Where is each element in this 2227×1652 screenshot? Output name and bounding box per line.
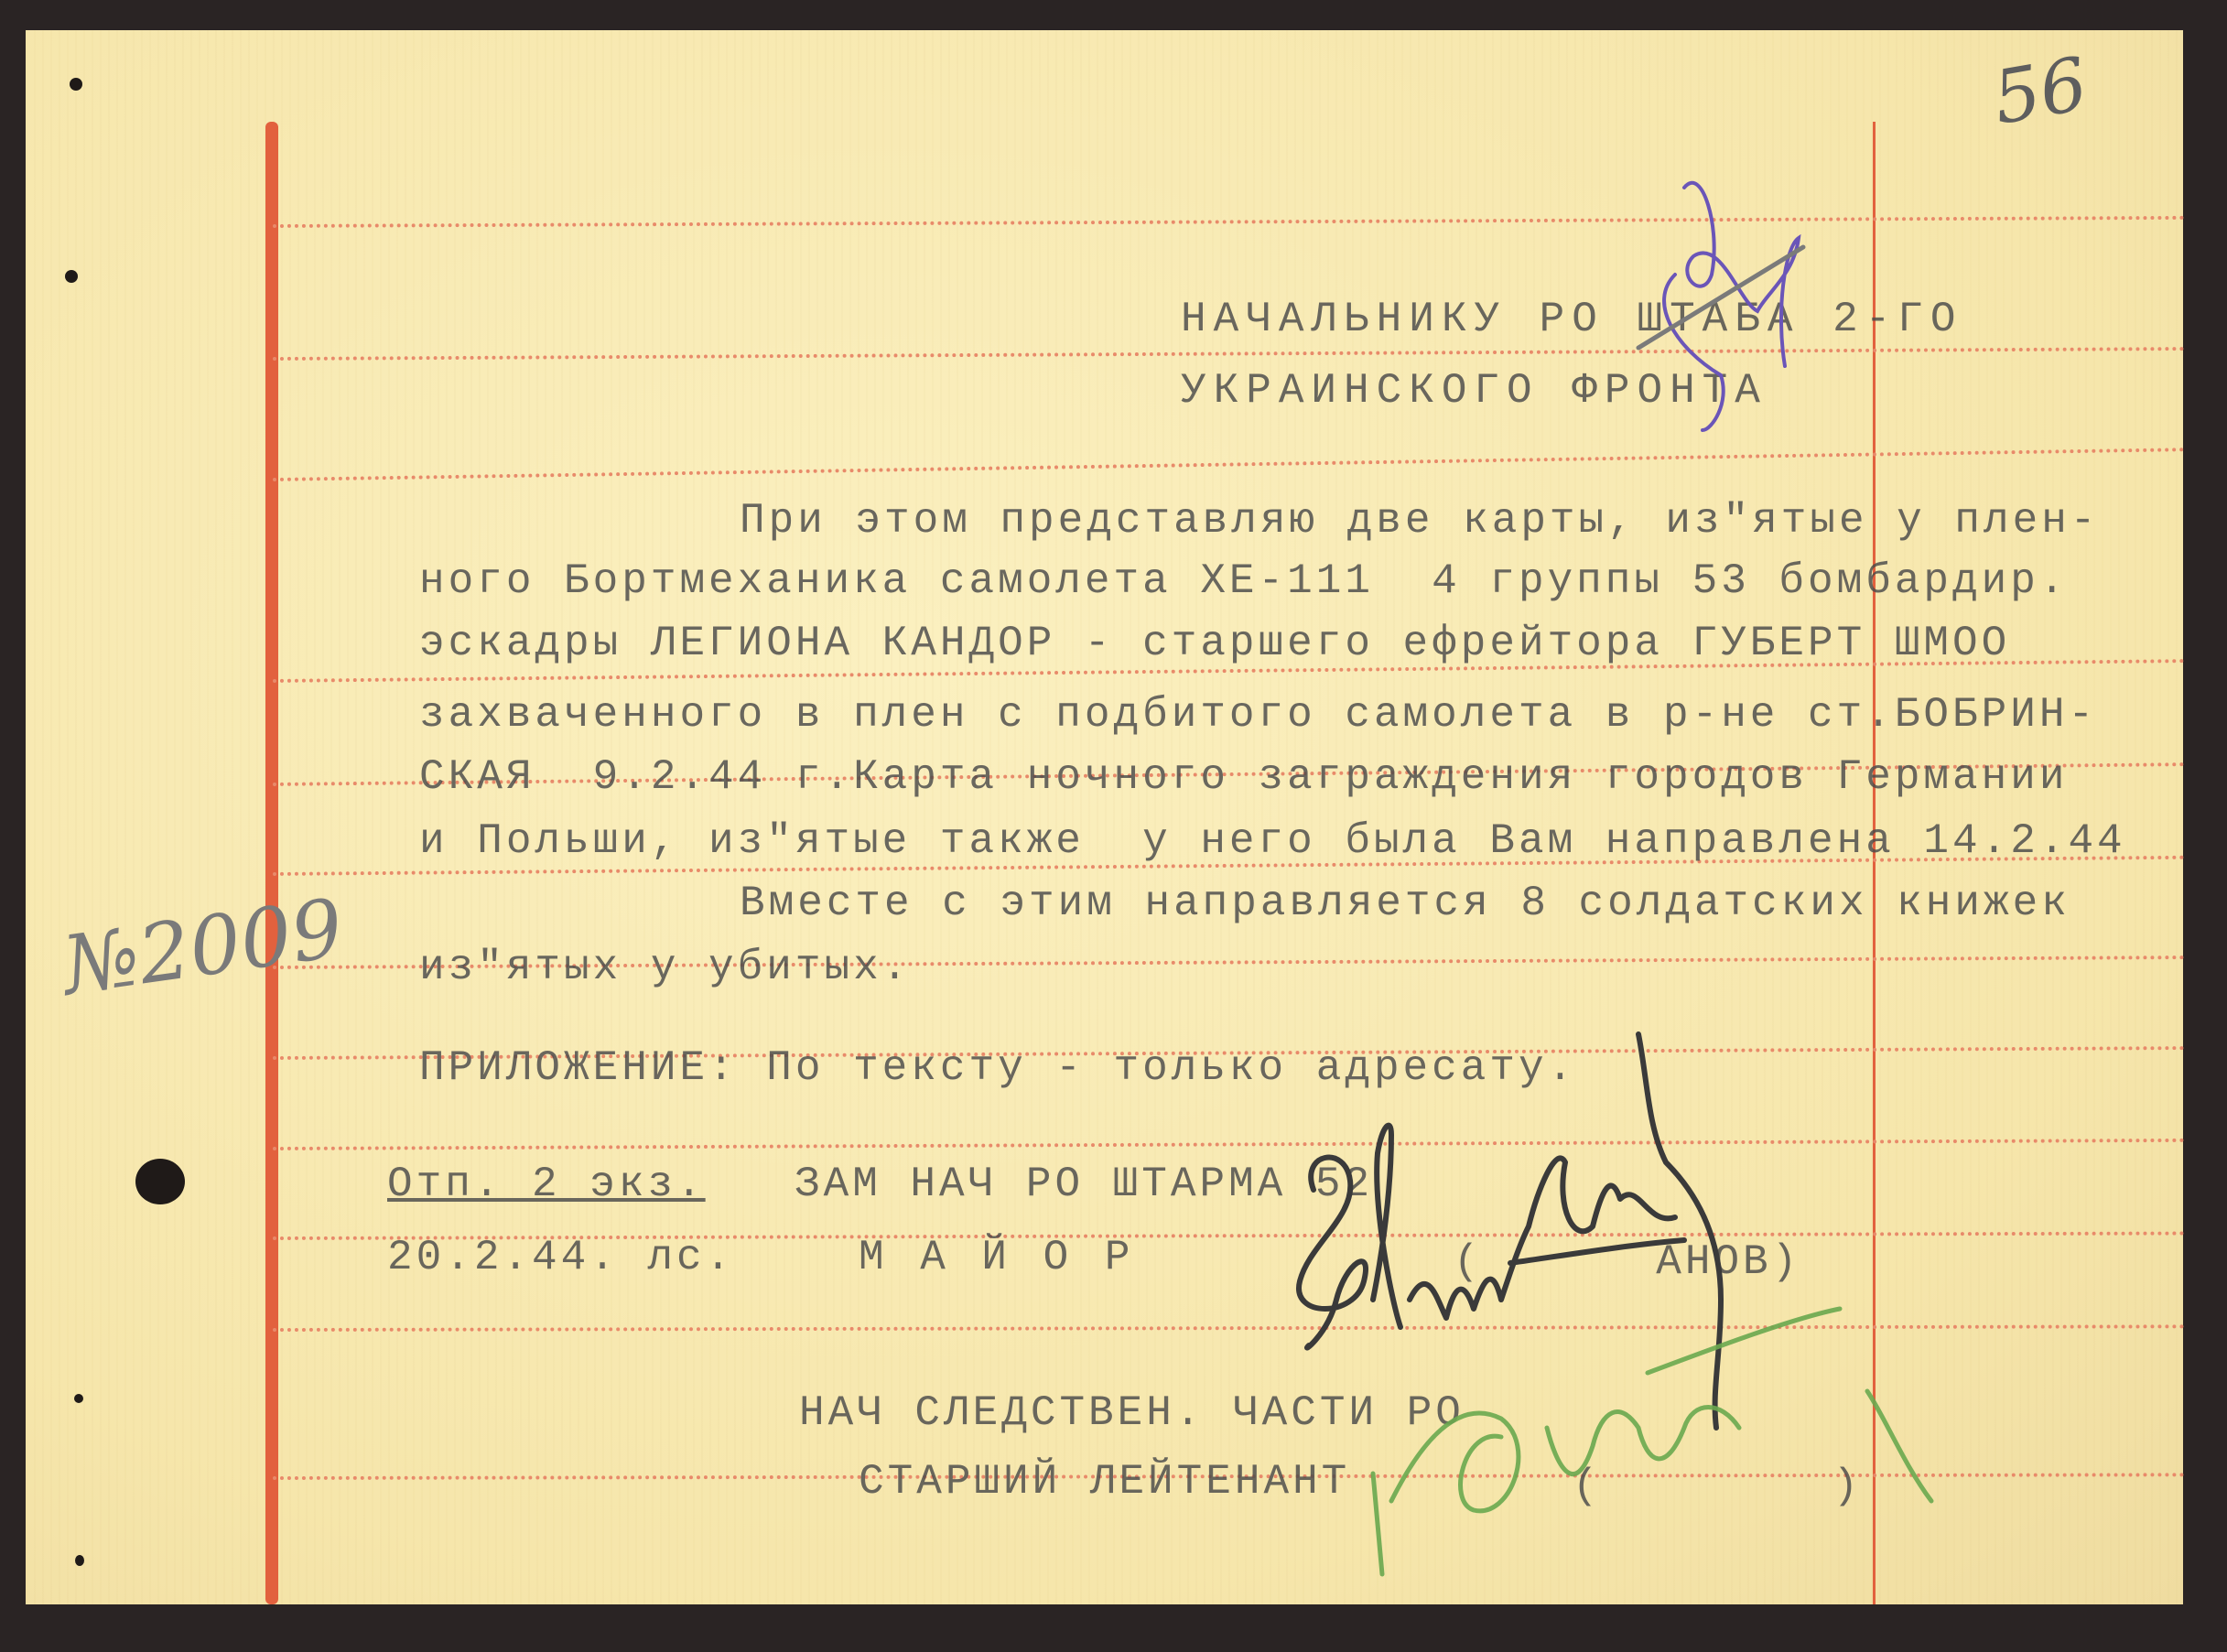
body-line-4: захваченного в плен с подбитого самолета… [419, 691, 2097, 739]
signatory1-name: ( АНОВ) [1454, 1238, 1800, 1286]
body-line-7: Вместе с этим направляется 8 солдатских … [740, 880, 2070, 927]
ruled-line [273, 1139, 2186, 1150]
registration-number: №2009 [57, 880, 349, 1013]
dispatch-copies: Отп. 2 экз. [387, 1161, 706, 1208]
page-number: 56 [1987, 41, 2093, 141]
body-line-3: эскадры ЛЕГИОНА КАНДОР - старшего ефрейт… [419, 620, 2010, 667]
staple-hole [70, 78, 82, 91]
addressee-line-1: НАЧАЛЬНИКУ РО ШТАБА 2-ГО [1181, 296, 1963, 343]
signatory1-rank: М А Й О Р [859, 1234, 1135, 1281]
left-margin-line [265, 122, 278, 1604]
body-line-2: ного Бортмеханика самолета ХЕ-111 4 груп… [419, 557, 2068, 605]
body-line-5: СКАЯ 9.2.44 г.Карта ночного заграждения … [419, 753, 2068, 801]
ruled-line [273, 448, 2186, 481]
staple-hole [74, 1394, 83, 1403]
body-line-1: При этом представляю две карты, из"ятые … [740, 497, 2099, 545]
document-page: 56 №2009 НАЧАЛЬНИКУ РО ШТАБА 2-ГО УКРАИН… [26, 30, 2183, 1604]
attachment-note: ПРИЛОЖЕНИЕ: По тексту - только адресату. [419, 1044, 1576, 1092]
ruled-line [273, 216, 2186, 228]
ruled-line [273, 347, 2186, 361]
signatory1-position: ЗАМ НАЧ РО ШТАРМА 52 [795, 1161, 1373, 1208]
ruled-line [273, 1324, 2186, 1332]
signatory2-position: НАЧ СЛЕДСТВЕН. ЧАСТИ РО [799, 1389, 1465, 1437]
body-line-6: и Польши, из"ятые также у него была Вам … [419, 817, 2126, 865]
dispatch-date: 20.2.44. лс. [387, 1234, 734, 1281]
signatory2-rank: СТАРШИЙ ЛЕЙТЕНАНТ [859, 1458, 1350, 1506]
signatory2-name: ( ) [1573, 1463, 1862, 1510]
staple-hole [65, 270, 78, 283]
staple-hole [75, 1555, 84, 1566]
addressee-line-2: УКРАИНСКОГО ФРОНТА [1181, 367, 1768, 415]
body-line-8: из"ятых у убитых. [419, 944, 911, 991]
punch-hole [135, 1159, 185, 1204]
